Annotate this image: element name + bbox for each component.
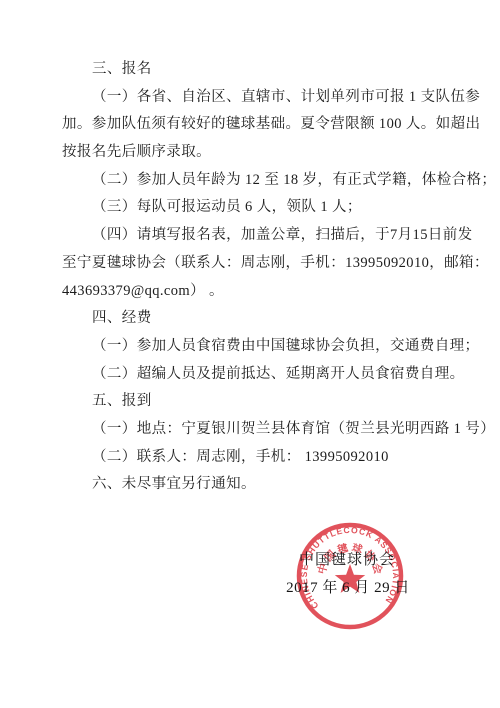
text-line: （四）请填写报名表，加盖公章，扫描后，于7月15日前发 — [62, 222, 462, 250]
association-seal-stamp: CHINESE SHUTTLECOCK ASSOCIATION 中 国 毽 球 … — [295, 521, 405, 631]
text-line: 按报名先后顺序录取。 — [62, 139, 462, 167]
section-heading-checkin: 五、报到 — [62, 388, 462, 416]
scanned-notice-page: 三、报名 （一）各省、自治区、直辖市、计划单列市可报 1 支队伍参 加。参加队伍… — [0, 0, 500, 708]
text-line: （三）每队可报运动员 6 人，领队 1 人； — [62, 194, 462, 222]
section-heading-funds: 四、经费 — [62, 305, 462, 333]
text-line: （一）地点：宁夏银川贺兰县体育馆（贺兰县光明西路 1 号） — [62, 416, 462, 444]
text-line: 加。参加队伍须有较好的毽球基础。夏令营限额 100 人。如超出 — [62, 111, 462, 139]
text-line: （二）超编人员及提前抵达、延期离开人员食宿费自理。 — [62, 361, 462, 389]
text-line: （二）联系人：周志刚，手机： 13995092010 — [62, 444, 462, 472]
text-line: （一）各省、自治区、直辖市、计划单列市可报 1 支队伍参 — [62, 84, 462, 112]
text-line-email: 443693379@qq.com） 。 — [62, 278, 462, 306]
section-heading-registration: 三、报名 — [62, 56, 462, 84]
document-body: 三、报名 （一）各省、自治区、直辖市、计划单列市可报 1 支队伍参 加。参加队伍… — [62, 56, 462, 499]
text-line: 至宁夏毽球协会（联系人：周志刚，手机：13995092010，邮箱： — [62, 250, 462, 278]
text-line: （一）参加人员食宿费由中国毽球协会负担，交通费自理； — [62, 333, 462, 361]
signature-date: 2017 年 6 月 29 日 — [268, 578, 428, 598]
signature-org-name: 中国毽球协会 — [279, 550, 415, 570]
text-line: （二）参加人员年龄为 12 至 18 岁，有正式学籍，体检合格； — [62, 167, 462, 195]
section-heading-misc: 六、未尽事宜另行通知。 — [62, 471, 462, 499]
